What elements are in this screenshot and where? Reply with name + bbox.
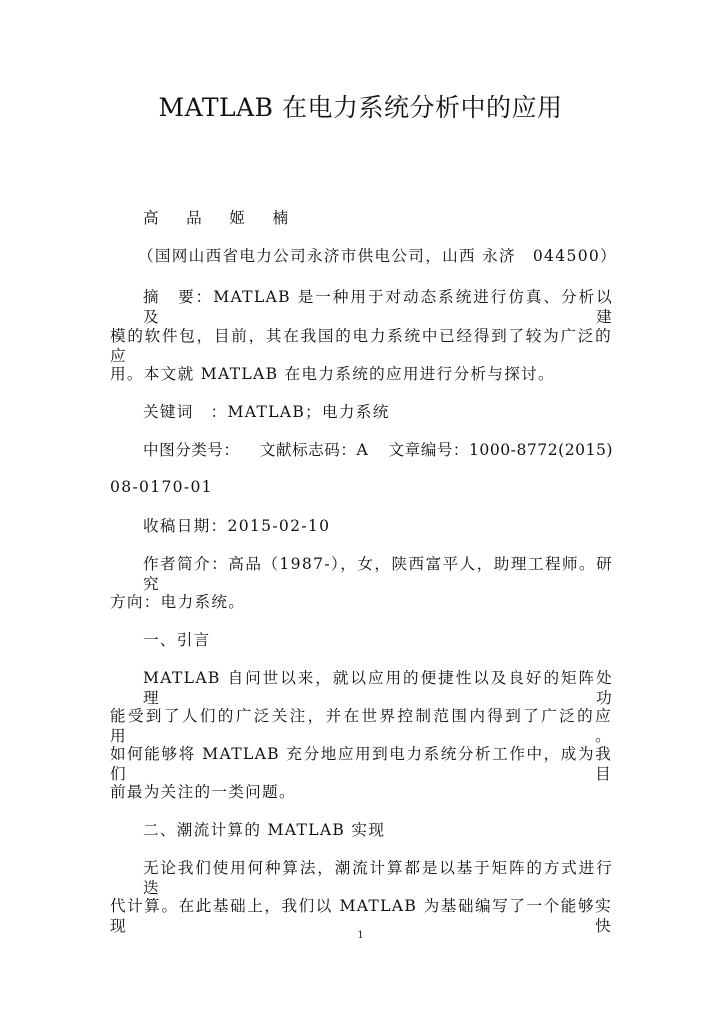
document-code: 文献标志码：A — [260, 440, 368, 460]
section-heading: 一、引言 — [143, 630, 613, 650]
author-names: 高 品 姬 楠 — [143, 208, 613, 228]
paragraph-line: 前最为关注的一类问题。 — [110, 782, 612, 802]
author-char: 品 — [186, 208, 203, 228]
abstract-line: 用。本文就 MATLAB 在电力系统的应用进行分析与探讨。 — [110, 364, 612, 384]
clc-number-label: 中图分类号： — [143, 440, 240, 460]
keywords: 关键词 ：MATLAB；电力系统 — [143, 402, 613, 422]
author-bio-line: 作者简介：高品（1987-），女，陕西富平人，助理工程师。研究 — [143, 554, 613, 594]
paragraph-line: 能受到了人们的广泛关注，并在世界控制范围内得到了广泛的应用。 — [110, 706, 612, 746]
paragraph-line: MATLAB 自问世以来，就以应用的便捷性以及良好的矩阵处理功 — [143, 668, 613, 708]
paragraph-line: 无论我们使用何种算法，潮流计算都是以基于矩阵的方式进行迭 — [143, 858, 613, 898]
received-date: 收稿日期：2015-02-10 — [143, 516, 613, 536]
document-page: MATLAB 在电力系统分析中的应用 高 品 姬 楠 （国网山西省电力公司永济市… — [0, 0, 721, 1020]
author-bio-line: 方向：电力系统。 — [110, 592, 612, 612]
section-heading: 二、潮流计算的 MATLAB 实现 — [143, 820, 613, 840]
author-char: 姬 — [229, 208, 246, 228]
article-number: 文章编号：1000-8772(2015) — [389, 440, 613, 460]
abstract-line: 模的软件包，目前，其在我国的电力系统中已经得到了较为广泛的应 — [110, 326, 612, 366]
article-number-cont: 08-0170-01 — [110, 477, 612, 497]
author-char: 高 — [143, 208, 160, 228]
classification-line: 中图分类号： 文献标志码：A 文章编号：1000-8772(2015) — [143, 440, 613, 460]
page-number: 1 — [0, 930, 721, 941]
document-title: MATLAB 在电力系统分析中的应用 — [0, 88, 721, 124]
paragraph-line: 如何能够将 MATLAB 充分地应用到电力系统分析工作中，成为我们目 — [110, 744, 612, 784]
abstract-line: 摘 要：MATLAB 是一种用于对动态系统进行仿真、分析以及建 — [143, 287, 613, 327]
author-char: 楠 — [273, 208, 290, 228]
affiliation: （国网山西省电力公司永济市供电公司，山西 永济 044500） — [138, 246, 608, 266]
